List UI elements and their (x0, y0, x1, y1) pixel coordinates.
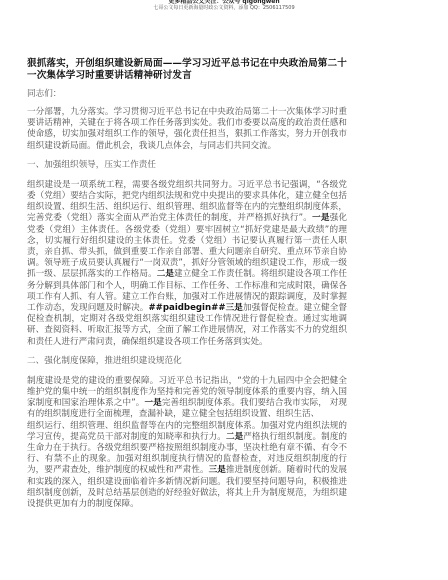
header-contact-line: 七哥公文每日更新海量时政公文资料，添加 QQ：2506117509 (0, 5, 448, 12)
bold-marker: 二是 (226, 432, 243, 442)
intro-paragraph: 一分部署，九分落实。学习贯彻习近平总书记在中央政治局第二十一次集体学习时重要讲话… (27, 107, 347, 152)
bold-marker: 一是 (312, 213, 330, 223)
section-heading-2: 二、强化制度保障，推进组织建设规范化 (27, 355, 347, 367)
section-2-paragraph: 制度建设是党的建设的重要保障。习近平总书记指出，“党的十九届四中全会把健全维护党… (27, 376, 347, 510)
greeting: 同志们： (27, 88, 347, 100)
bold-marker: 三是 (209, 465, 226, 475)
bold-marker: ##paidbegin##三是 (148, 303, 242, 313)
page-header: 更多精品公文关注：公众号 qigongwen 七哥公文每日更新海量时政公文资料，… (0, 0, 448, 12)
document-page: 狠抓落实，开创组织建设新局面——学习习近平总书记在中央政治局第二十一次集体学习时… (27, 58, 347, 517)
document-title: 狠抓落实，开创组织建设新局面——学习习近平总书记在中央政治局第二十一次集体学习时… (27, 58, 347, 82)
text-run: 组织建设是一项系统工程，需要各级党组织共同努力。习近平总书记强调，“各级党委（党… (27, 180, 347, 224)
bold-marker: 二是 (157, 269, 174, 279)
section-1-paragraph: 组织建设是一项系统工程，需要各级党组织共同努力。习近平总书记强调，“各级党委（党… (27, 180, 347, 348)
section-heading-1: 一、加强组织领导，压实工作责任 (27, 159, 347, 171)
bold-marker: 一是 (144, 398, 161, 408)
